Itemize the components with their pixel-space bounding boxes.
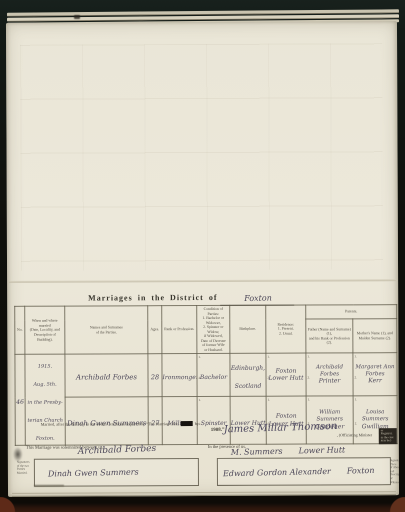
form-mark-1: 1. [307, 355, 309, 359]
form-mark-2: 2. [268, 376, 270, 380]
ink-smudge [13, 447, 23, 462]
certification-by: by [195, 421, 199, 426]
form-mark-1: 1. [268, 398, 270, 402]
groom-residence-usual: Lower Hutt [267, 375, 306, 383]
witness2-name: Edward Gordon Alexander [223, 467, 331, 478]
book-cover-corner [0, 497, 20, 512]
col-header-residence: Residence: 1. Present. 2. Usual. [266, 305, 306, 354]
minister-note-stamp: or Registrar, as the case may be.) [379, 428, 397, 444]
page-title: Marriages in the District of [88, 293, 217, 303]
act-year: 1908.” [211, 428, 225, 433]
groom-father-rank: Printer [307, 378, 353, 386]
form-mark-2: 2. [355, 375, 357, 379]
witness-box-label: Signatures, Place of Abode, and Descript… [390, 459, 399, 484]
parties-box-label: Signatures of the two Parties Married. [17, 461, 33, 475]
groom-residence-present: Foxton [266, 367, 305, 375]
page-seam [9, 279, 396, 283]
groom-mother-maiden: Kerr [354, 378, 397, 386]
witness2-abode: Foxton [347, 466, 375, 476]
form-mark-1: 1. [267, 355, 269, 359]
groom-father-name: Archibald Forbes [306, 364, 352, 378]
minister-signature: James Millar Thomson [224, 421, 338, 437]
register-photo: Marriages in the District ofFoxton No. W… [0, 0, 405, 512]
col-header-father: Father (Name and Surname) (1), and his R… [306, 319, 353, 354]
col-header-mother: Mother's Name (1), and Maiden Surname (2… [353, 319, 397, 354]
groom-condition: Bachelor [200, 374, 227, 381]
groom-mother-name: Margaret Ann Forbes [353, 364, 396, 378]
page-bottom-edge [12, 494, 396, 497]
ink-mark [74, 15, 80, 19]
col-header-names: Names and Surnames of the Parties. [65, 306, 148, 355]
form-mark-1: 1. [198, 355, 200, 359]
witness1-name: M. Summers [231, 447, 283, 457]
col-header-no: No. [15, 306, 25, 355]
minister-label: , (Officiating Minister [337, 432, 372, 437]
footnote-smudge [34, 485, 64, 487]
showthrough-grid [20, 43, 383, 271]
form-mark-1: 1. [308, 398, 310, 402]
groom-name: Archibald Forbes [76, 374, 137, 382]
form-mark-2: 2. [199, 376, 201, 380]
col-header-ages: Ages. [148, 306, 162, 355]
col-header-rank: Rank or Profession. [162, 306, 197, 355]
form-mark-2: 2. [308, 376, 310, 380]
bride-residence-present: Foxton [267, 413, 306, 421]
entry-number: 46 [16, 399, 24, 406]
witness1-abode: Lower Hutt [298, 445, 345, 455]
register-page: Marriages in the District ofFoxton No. W… [6, 21, 399, 497]
certification-text: Married, after the delivery to me of the… [41, 421, 179, 427]
book-cover-corner [385, 497, 405, 512]
book-cover-bottom [0, 503, 405, 512]
col-header-condition: Condition of Parties: 1. Bachelor or Wid… [197, 305, 230, 354]
form-mark-1: 1. [199, 398, 201, 402]
col-header-parents: Parents. [306, 305, 397, 319]
form-mark-1: 1. [354, 355, 356, 359]
page-header: Marriages in the District ofFoxton [88, 287, 294, 307]
groom-age: 28 [151, 373, 159, 381]
certification-line: Married, after the delivery to me of the… [41, 421, 199, 427]
district-name: Foxton [244, 293, 272, 304]
col-header-birthplace: Birthplace. [230, 305, 266, 354]
groom-birthplace: Edinburgh, Scotland [231, 365, 265, 390]
district-underline: Foxton [220, 287, 294, 306]
groom-rank: Ironmonger [163, 374, 198, 381]
bride-signature: Dinah Gwen Summers [48, 467, 139, 479]
col-header-when: When and where married (Date, Locality, … [25, 306, 65, 355]
redaction-box [181, 421, 193, 426]
form-mark-1: 1. [355, 397, 357, 401]
